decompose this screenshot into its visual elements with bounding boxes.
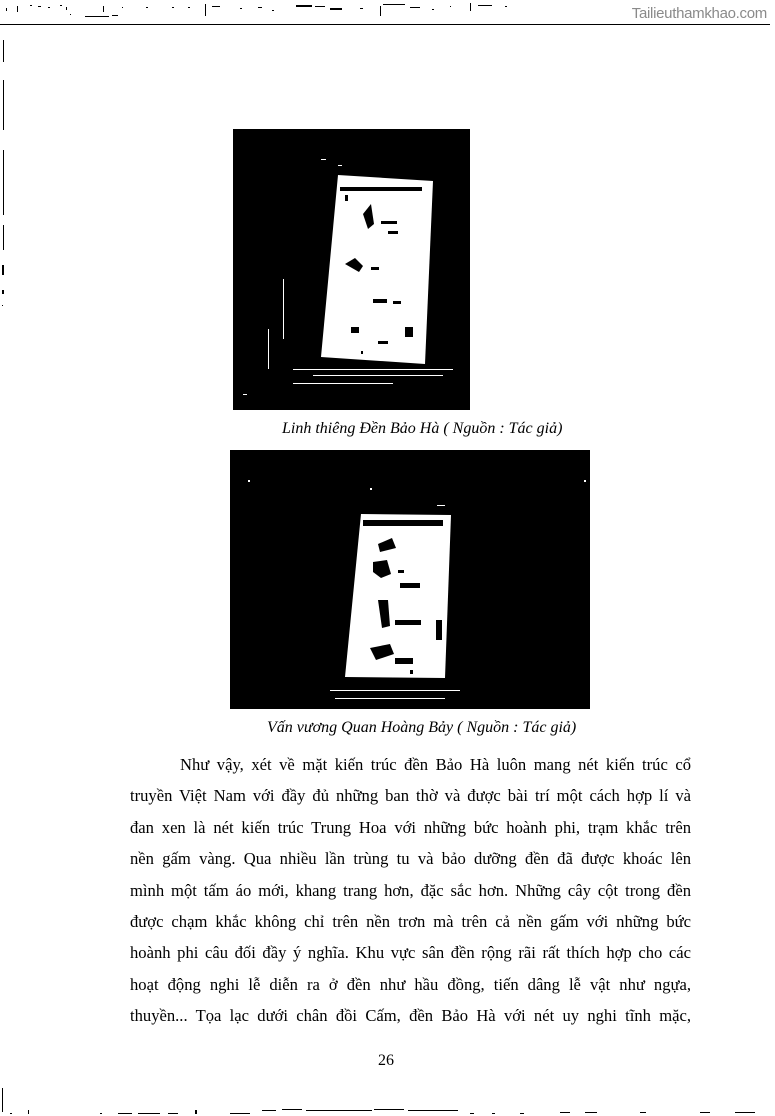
watermark: Tailieuthamkhao.com xyxy=(632,5,767,22)
paragraph-line: Như vậy, xét về mặt kiến trúc đền Bảo Hà… xyxy=(130,749,691,780)
temple-photo-1 xyxy=(233,129,470,410)
calligraphy-scroll-image xyxy=(230,450,590,709)
paragraph-line: được chạm khắc không chỉ trên nền trơn m… xyxy=(130,906,691,937)
header-rule xyxy=(0,24,770,25)
paragraph-line: truyền Việt Nam với đầy đủ những ban thờ… xyxy=(130,780,691,811)
body-paragraph: Như vậy, xét về mặt kiến trúc đền Bảo Hà… xyxy=(130,749,691,1032)
paragraph-line: mình một tấm áo mới, khang trang hơn, đặ… xyxy=(130,875,691,906)
paragraph-line: hoành phi câu đối đầy ý nghĩa. Khu vực s… xyxy=(130,937,691,968)
temple-photo-2 xyxy=(230,450,590,709)
page-number: 26 xyxy=(378,1052,394,1070)
figure-caption-2: Vấn vương Quan Hoàng Bảy ( Nguồn : Tác g… xyxy=(267,719,576,737)
figure-caption-1: Linh thiêng Đền Bảo Hà ( Nguồn : Tác giả… xyxy=(282,420,562,438)
scan-margin-marks xyxy=(2,40,14,320)
scan-footer-noise xyxy=(0,1088,775,1116)
calligraphy-scroll-image xyxy=(233,129,470,410)
paragraph-line: nền gấm vàng. Qua nhiều lần trùng tu và … xyxy=(130,843,691,874)
paragraph-line: hoạt động nghi lễ diễn ra ở đền như hầu … xyxy=(130,969,691,1000)
paragraph-line: đan xen là nét kiến trúc Trung Hoa với n… xyxy=(130,812,691,843)
paragraph-line: thuyền... Tọa lạc dưới chân đồi Cấm, đền… xyxy=(130,1000,691,1031)
